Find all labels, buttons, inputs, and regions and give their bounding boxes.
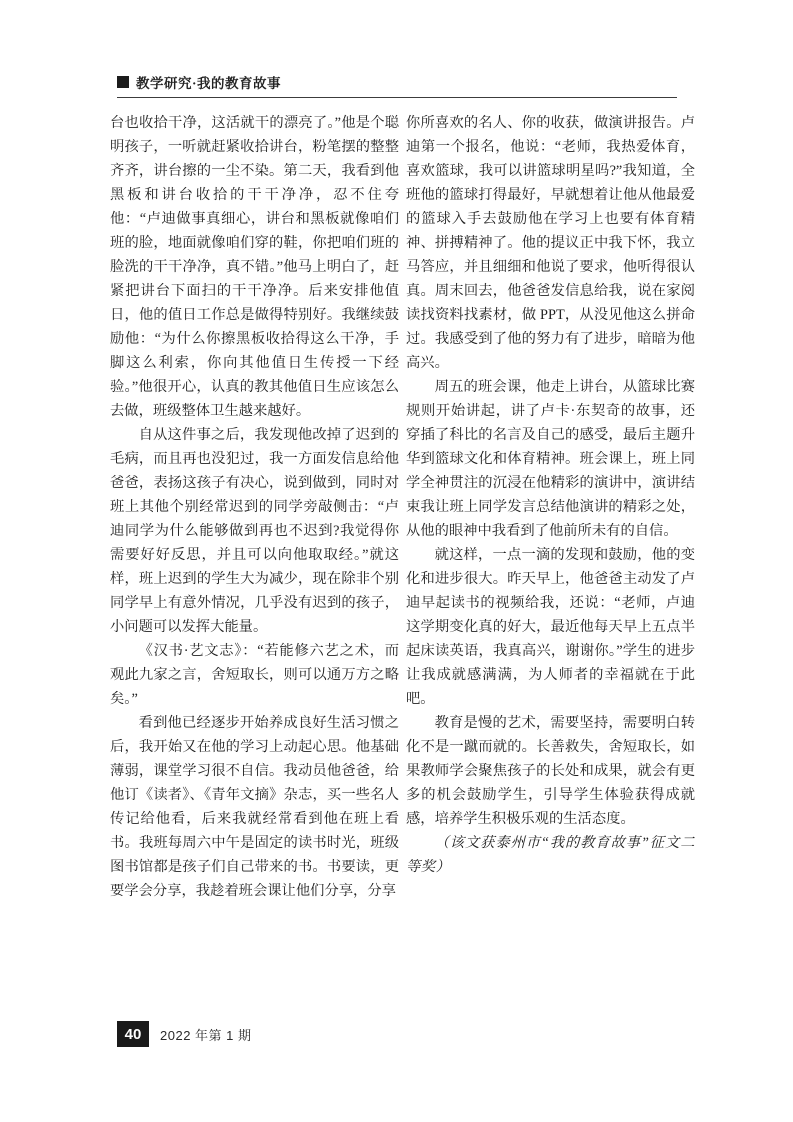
paragraph: 教育是慢的艺术，需要坚持，需要明白转化不是一蹴而就的。长善救失，舍短取长，如果教… [406, 711, 695, 831]
text-column-right: 你所喜欢的名人、你的收获，做演讲报告。卢迪第一个报名，他说：“老师，我热爱体育，… [406, 111, 695, 905]
paragraph: 就这样，一点一滴的发现和鼓励，他的变化和进步很大。昨天早上，他爸爸主动发了卢迪早… [406, 543, 695, 711]
paragraph: 《汉书·艺文志》：“若能修六艺之术，而观此九家之言，舍短取长，则可以通万方之略矣… [110, 639, 399, 711]
text-column-left: 台也收拾干净，这活就干的漂亮了。”他是个聪明孩子，一听就赶紧收拾讲台，粉笔摆的整… [110, 111, 399, 905]
page-number-badge: 40 [117, 1021, 149, 1047]
article-body: 台也收拾干净，这活就干的漂亮了。”他是个聪明孩子，一听就赶紧收拾讲台，粉笔摆的整… [110, 111, 695, 905]
paragraph: 自从这件事之后，我发现他改掉了迟到的毛病，而且再也没犯过，我一方面发信息给他爸爸… [110, 423, 399, 639]
issue-label: 2022 年第 1 期 [160, 1025, 252, 1044]
header-divider [117, 97, 677, 98]
section-marker-icon [117, 76, 129, 88]
page-footer: 40 2022 年第 1 期 [117, 1021, 252, 1047]
paragraph: 台也收拾干净，这活就干的漂亮了。”他是个聪明孩子，一听就赶紧收拾讲台，粉笔摆的整… [110, 111, 399, 423]
paragraph: 周五的班会课，他走上讲台，从篮球比赛规则开始讲起，讲了卢卡·东契奇的故事，还穿插… [406, 375, 695, 543]
paragraph: 看到他已经逐步开始养成良好生活习惯之后，我开始又在他的学习上动起心思。他基础薄弱… [110, 711, 399, 903]
paragraph: （该文获泰州市“我的教育故事”征文二等奖） [406, 831, 695, 879]
magazine-page: 教学研究·我的教育故事 台也收拾干净，这活就干的漂亮了。”他是个聪明孩子，一听就… [0, 0, 793, 1122]
section-header: 教学研究·我的教育故事 [117, 72, 281, 92]
paragraph: 你所喜欢的名人、你的收获，做演讲报告。卢迪第一个报名，他说：“老师，我热爱体育，… [406, 111, 695, 375]
section-label: 教学研究·我的教育故事 [136, 72, 281, 92]
